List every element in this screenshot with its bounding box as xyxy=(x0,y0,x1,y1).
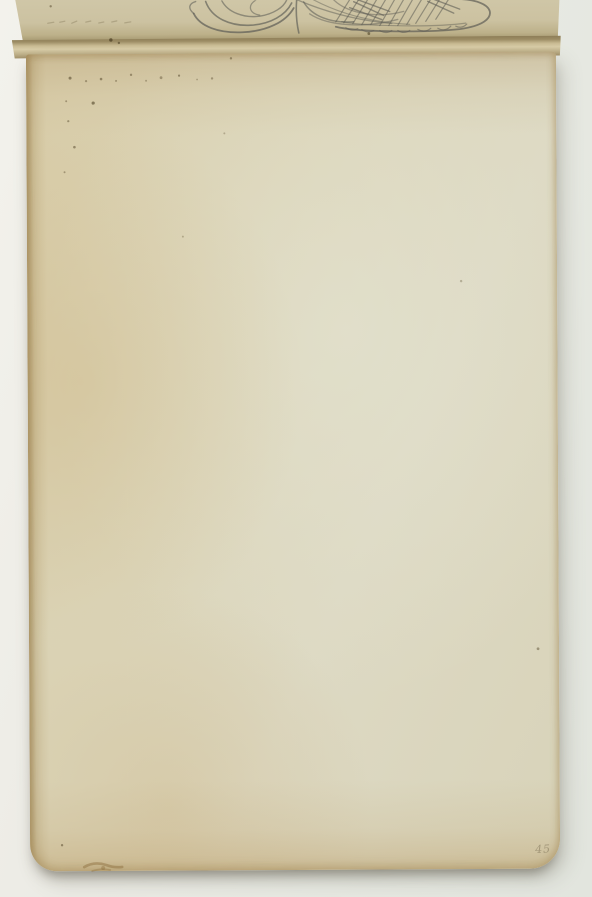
page-number: 45 xyxy=(535,842,552,856)
blank-sketchbook-page: 45 xyxy=(26,52,560,872)
sketchbook-pad: 45 xyxy=(0,0,592,897)
sketchbook-photo: 45 xyxy=(0,0,592,897)
